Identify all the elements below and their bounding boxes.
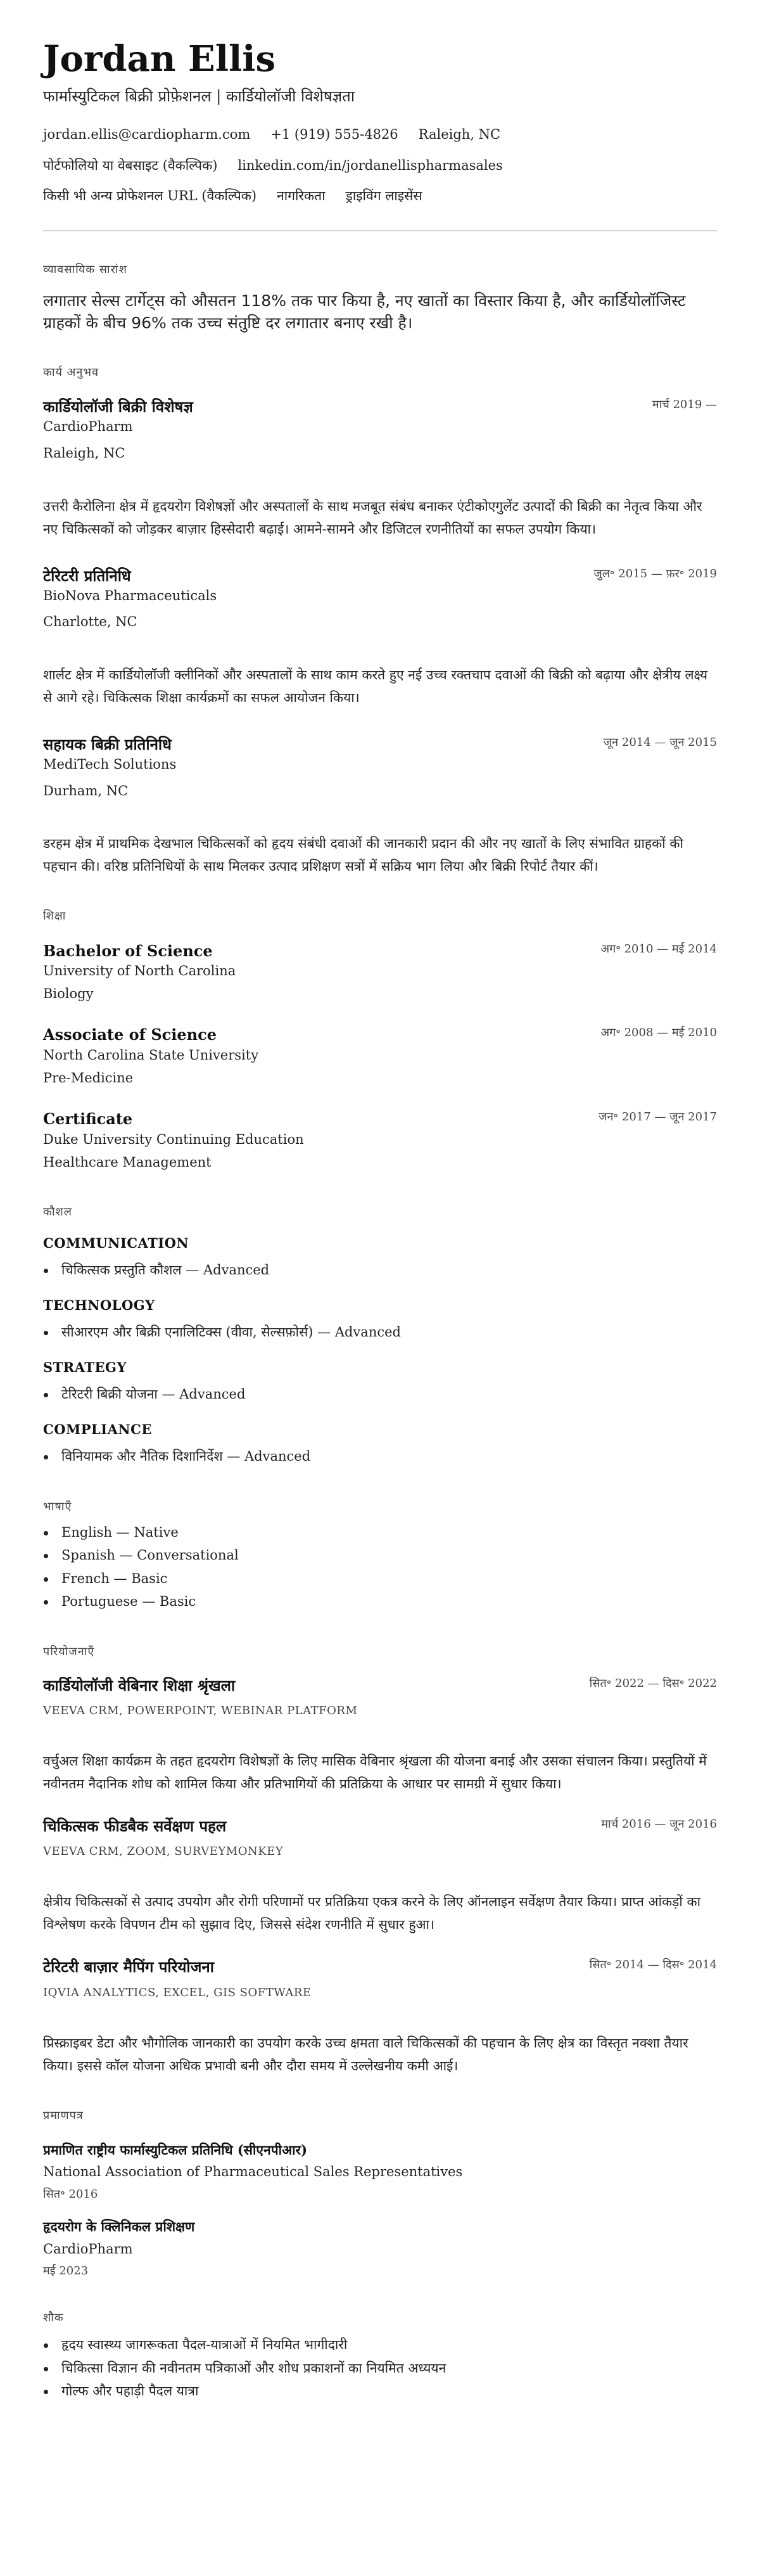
contact-row-extra: किसी भी अन्य प्रोफेशनल URL (वैकल्पिक) ना… (43, 186, 717, 207)
experience-section: कार्य अनुभव कार्डियोलॉजी बिक्री विशेषज्ञ… (43, 364, 717, 878)
project-entry: कार्डियोलॉजी वेबिनार शिक्षा श्रृंखला सित… (43, 1676, 717, 1795)
job-dates: जून 2014 — जून 2015 (604, 734, 717, 750)
language-item: Spanish — Conversational (43, 1544, 717, 1567)
institution-name: Duke University Continuing Education (43, 1129, 717, 1151)
skill-name: सीआरएम और बिक्री एनालिटिक्स (वीवा, सेल्स… (61, 1324, 313, 1340)
entry-header: Bachelor of Science अग॰ 2010 — मई 2014 (43, 941, 717, 961)
email-link[interactable]: jordan.ellis@cardiopharm.com (43, 124, 250, 146)
language-name: English (61, 1525, 112, 1540)
interests-heading: शौक (43, 2310, 717, 2326)
interest-item: हृदय स्वास्थ्य जागरूकता पैदल-यात्राओं मे… (43, 2333, 717, 2357)
skill-name: टेरिटरी बिक्री योजना (61, 1387, 158, 1402)
phone-link[interactable]: +1 (919) 555-4826 (270, 124, 398, 146)
website-placeholder: पोर्टफोलियो या वेबसाइट (वैकल्पिक) (43, 155, 217, 177)
projects-section: परियोजनाएँ कार्डियोलॉजी वेबिनार शिक्षा श… (43, 1644, 717, 2077)
languages-heading: भाषाएँ (43, 1499, 717, 1515)
degree-title: Certificate (43, 1109, 132, 1129)
contact-row-primary: jordan.ellis@cardiopharm.com +1 (919) 55… (43, 124, 717, 146)
entry-header: सहायक बिक्री प्रतिनिधि जून 2014 — जून 20… (43, 734, 717, 754)
skill-item: टेरिटरी बिक्री योजना — Advanced (43, 1383, 717, 1406)
skill-list: चिकित्सक प्रस्तुति कौशल — Advanced (43, 1259, 717, 1282)
skill-level: Advanced (203, 1262, 269, 1278)
license-text: ड्राइविंग लाइसेंस (346, 186, 422, 207)
skills-heading: कौशल (43, 1204, 717, 1220)
certification-date: सित॰ 2016 (43, 2186, 717, 2203)
contact-row-links: पोर्टफोलियो या वेबसाइट (वैकल्पिक) linked… (43, 155, 717, 177)
skill-category: TECHNOLOGY (43, 1296, 717, 1314)
skill-name: चिकित्सक प्रस्तुति कौशल (61, 1262, 182, 1278)
headline: फार्मास्युटिकल बिक्री प्रोफ़ेशनल | कार्ड… (43, 86, 717, 106)
job-dates: मार्च 2019 — (652, 397, 717, 413)
separator: — (138, 1594, 160, 1609)
language-name: Spanish (61, 1548, 115, 1563)
skill-level: Advanced (244, 1449, 310, 1464)
skill-item: चिकित्सक प्रस्तुति कौशल — Advanced (43, 1259, 717, 1282)
skill-item: सीआरएम और बिक्री एनालिटिक्स (वीवा, सेल्स… (43, 1321, 717, 1344)
entry-header: Certificate जन॰ 2017 — जून 2017 (43, 1109, 717, 1129)
summary-section: व्यावसायिक सारांश लगातार सेल्स टार्गेट्स… (43, 262, 717, 334)
job-description: उत्तरी कैरोलिना क्षेत्र में हृदयरोग विशे… (43, 495, 717, 541)
contact-info: jordan.ellis@cardiopharm.com +1 (919) 55… (43, 124, 717, 207)
language-item: French — Basic (43, 1567, 717, 1591)
certification-date: मई 2023 (43, 2262, 717, 2279)
separator: — (158, 1387, 179, 1402)
field-of-study: Healthcare Management (43, 1152, 717, 1174)
job-description: डरहम क्षेत्र में प्राथमिक देखभाल चिकित्स… (43, 832, 717, 878)
project-description: क्षेत्रीय चिकित्सकों से उत्पाद उपयोग और … (43, 1890, 717, 1936)
project-description: वर्चुअल शिक्षा कार्यक्रम के तहत हृदयरोग … (43, 1750, 717, 1795)
interest-item: चिकित्सा विज्ञान की नवीनतम पत्रिकाओं और … (43, 2357, 717, 2380)
separator: — (110, 1571, 131, 1586)
projects-heading: परियोजनाएँ (43, 1644, 717, 1660)
certification-issuer: CardioPharm (43, 2239, 717, 2260)
education-heading: शिक्षा (43, 908, 717, 924)
entry-header: टेरिटरी बाज़ार मैपिंग परियोजना सित॰ 2014… (43, 1957, 717, 1977)
education-entry: Certificate जन॰ 2017 — जून 2017 Duke Uni… (43, 1109, 717, 1173)
project-technologies: IQVIA ANALYTICS, EXCEL, GIS SOFTWARE (43, 1984, 717, 2001)
institution-name: North Carolina State University (43, 1045, 717, 1067)
linkedin-link[interactable]: linkedin.com/in/jordanellispharmasales (237, 155, 502, 177)
company-name: MediTech Solutions (43, 754, 717, 776)
citizenship-text: नागरिकता (277, 186, 325, 207)
experience-entry: सहायक बिक्री प्रतिनिधि जून 2014 — जून 20… (43, 734, 717, 878)
header-divider (43, 230, 717, 231)
project-technologies: VEEVA CRM, POWERPOINT, WEBINAR PLATFORM (43, 1702, 717, 1719)
education-section: शिक्षा Bachelor of Science अग॰ 2010 — मई… (43, 908, 717, 1173)
project-description: प्रिस्क्राइबर डेटा और भौगोलिक जानकारी का… (43, 2032, 717, 2077)
company-name: BioNova Pharmaceuticals (43, 586, 717, 607)
skill-category: COMMUNICATION (43, 1234, 717, 1252)
field-of-study: Pre-Medicine (43, 1068, 717, 1089)
entry-header: कार्डियोलॉजी बिक्री विशेषज्ञ मार्च 2019 … (43, 397, 717, 416)
entry-header: चिकित्सक फीडबैक सर्वेक्षण पहल मार्च 2016… (43, 1816, 717, 1836)
project-title: चिकित्सक फीडबैक सर्वेक्षण पहल (43, 1816, 226, 1836)
job-title: सहायक बिक्री प्रतिनिधि (43, 734, 172, 754)
skill-level: Advanced (179, 1387, 245, 1402)
skill-item: विनियामक और नैतिक दिशानिर्देश — Advanced (43, 1445, 717, 1468)
skill-name: विनियामक और नैतिक दिशानिर्देश (61, 1449, 223, 1464)
project-technologies: VEEVA CRM, ZOOM, SURVEYMONKEY (43, 1843, 717, 1860)
languages-section: भाषाएँ English — Native Spanish — Conver… (43, 1499, 717, 1613)
certification-entry: हृदयरोग के क्लिनिकल प्रशिक्षण CardioPhar… (43, 2216, 717, 2279)
certification-issuer: National Association of Pharmaceutical S… (43, 2162, 717, 2183)
location-text: Raleigh, NC (419, 124, 500, 146)
skill-level: Advanced (335, 1324, 401, 1340)
company-name: CardioPharm (43, 416, 717, 438)
job-title: टेरिटरी प्रतिनिधि (43, 566, 131, 586)
field-of-study: Biology (43, 984, 717, 1005)
skill-list: सीआरएम और बिक्री एनालिटिक्स (वीवा, सेल्स… (43, 1321, 717, 1344)
language-item: Portuguese — Basic (43, 1590, 717, 1613)
certification-name: प्रमाणित राष्ट्रीय फार्मास्युटिकल प्रतिन… (43, 2139, 717, 2161)
interests-section: शौक हृदय स्वास्थ्य जागरूकता पैदल-यात्राओ… (43, 2310, 717, 2403)
job-title: कार्डियोलॉजी बिक्री विशेषज्ञ (43, 397, 193, 416)
certification-name: हृदयरोग के क्लिनिकल प्रशिक्षण (43, 2216, 717, 2238)
experience-entry: टेरिटरी प्रतिनिधि जुल॰ 2015 — फ़र॰ 2019 … (43, 566, 717, 709)
skill-category: COMPLIANCE (43, 1420, 717, 1439)
separator: — (112, 1525, 134, 1540)
skill-category: STRATEGY (43, 1358, 717, 1376)
candidate-name: Jordan Ellis (43, 39, 717, 79)
education-entry: Bachelor of Science अग॰ 2010 — मई 2014 U… (43, 941, 717, 1005)
degree-title: Bachelor of Science (43, 941, 213, 961)
entry-header: Associate of Science अग॰ 2008 — मई 2010 (43, 1025, 717, 1044)
separator: — (115, 1548, 137, 1563)
summary-heading: व्यावसायिक सारांश (43, 262, 717, 278)
language-level: Basic (160, 1594, 196, 1609)
language-level: Basic (131, 1571, 167, 1586)
project-dates: सित॰ 2022 — दिस॰ 2022 (590, 1676, 717, 1691)
entry-header: कार्डियोलॉजी वेबिनार शिक्षा श्रृंखला सित… (43, 1676, 717, 1695)
skill-list: टेरिटरी बिक्री योजना — Advanced (43, 1383, 717, 1406)
language-name: Portuguese (61, 1594, 138, 1609)
interest-list: हृदय स्वास्थ्य जागरूकता पैदल-यात्राओं मे… (43, 2333, 717, 2403)
education-dates: अग॰ 2010 — मई 2014 (600, 941, 717, 957)
separator: — (313, 1324, 334, 1340)
project-dates: मार्च 2016 — जून 2016 (601, 1816, 717, 1832)
language-item: English — Native (43, 1521, 717, 1544)
project-entry: टेरिटरी बाज़ार मैपिंग परियोजना सित॰ 2014… (43, 1957, 717, 2077)
degree-title: Associate of Science (43, 1025, 217, 1044)
certifications-heading: प्रमाणपत्र (43, 2108, 717, 2124)
project-dates: सित॰ 2014 — दिस॰ 2014 (590, 1957, 717, 1973)
resume-header: Jordan Ellis फार्मास्युटिकल बिक्री प्रोफ… (43, 39, 717, 207)
experience-entry: कार्डियोलॉजी बिक्री विशेषज्ञ मार्च 2019 … (43, 397, 717, 540)
project-title: कार्डियोलॉजी वेबिनार शिक्षा श्रृंखला (43, 1676, 235, 1695)
skill-list: विनियामक और नैतिक दिशानिर्देश — Advanced (43, 1445, 717, 1468)
job-dates: जुल॰ 2015 — फ़र॰ 2019 (593, 566, 717, 582)
summary-text: लगातार सेल्स टार्गेट्स को औसतन 118% तक प… (43, 290, 717, 334)
skills-section: कौशल COMMUNICATION चिकित्सक प्रस्तुति कौ… (43, 1204, 717, 1468)
project-entry: चिकित्सक फीडबैक सर्वेक्षण पहल मार्च 2016… (43, 1816, 717, 1936)
education-dates: जन॰ 2017 — जून 2017 (598, 1109, 717, 1125)
interest-item: गोल्फ और पहाड़ी पैदल यात्रा (43, 2380, 717, 2403)
other-url-placeholder: किसी भी अन्य प्रोफेशनल URL (वैकल्पिक) (43, 186, 256, 207)
separator: — (182, 1262, 203, 1278)
job-location: Raleigh, NC (43, 443, 717, 465)
certifications-section: प्रमाणपत्र प्रमाणित राष्ट्रीय फार्मास्यु… (43, 2108, 717, 2280)
project-title: टेरिटरी बाज़ार मैपिंग परियोजना (43, 1957, 214, 1977)
education-dates: अग॰ 2008 — मई 2010 (600, 1025, 717, 1041)
education-entry: Associate of Science अग॰ 2008 — मई 2010 … (43, 1025, 717, 1089)
job-description: शार्लट क्षेत्र में कार्डियोलॉजी क्लीनिको… (43, 663, 717, 709)
entry-header: टेरिटरी प्रतिनिधि जुल॰ 2015 — फ़र॰ 2019 (43, 566, 717, 586)
language-level: Conversational (137, 1548, 238, 1563)
experience-heading: कार्य अनुभव (43, 364, 717, 380)
certification-entry: प्रमाणित राष्ट्रीय फार्मास्युटिकल प्रतिन… (43, 2139, 717, 2203)
language-level: Native (134, 1525, 178, 1540)
language-name: French (61, 1571, 110, 1586)
institution-name: University of North Carolina (43, 961, 717, 982)
job-location: Charlotte, NC (43, 612, 717, 633)
job-location: Durham, NC (43, 781, 717, 802)
resume-page: Jordan Ellis फार्मास्युटिकल बिक्री प्रोफ… (0, 0, 760, 2439)
separator: — (223, 1449, 244, 1464)
language-list: English — Native Spanish — Conversationa… (43, 1521, 717, 1613)
